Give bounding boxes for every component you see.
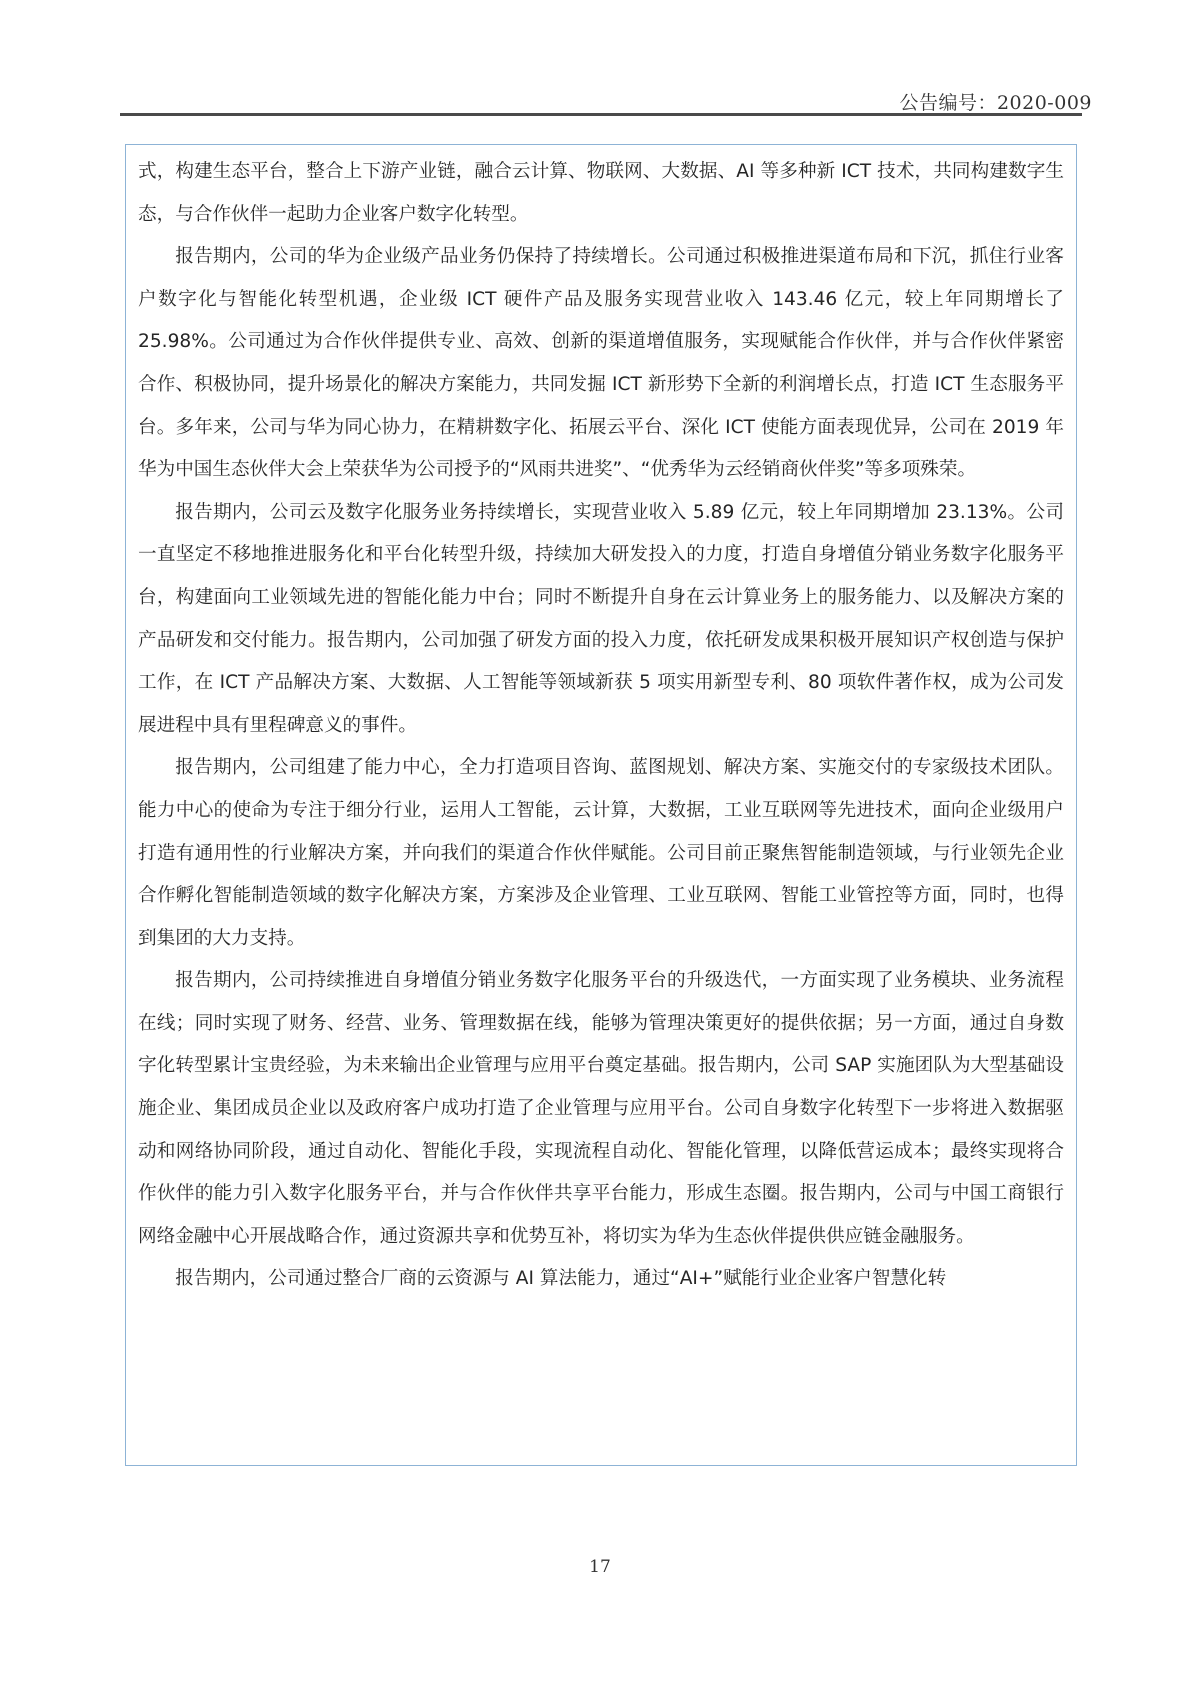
- page-number: 17: [0, 1557, 1200, 1577]
- paragraph-platform-upgrade: 报告期内，公司持续推进自身增值分销业务数字化服务平台的升级迭代，一方面实现了业务…: [138, 960, 1064, 1258]
- announcement-number: 公告编号：2020-009: [899, 88, 1092, 115]
- paragraph-capability-center: 报告期内，公司组建了能力中心，全力打造项目咨询、蓝图规划、解决方案、实施交付的专…: [138, 747, 1064, 960]
- paragraph-continuation: 式，构建生态平台，整合上下游产业链，融合云计算、物联网、大数据、AI 等多种新 …: [138, 151, 1064, 236]
- paragraph-ai-plus: 报告期内，公司通过整合厂商的云资源与 AI 算法能力，通过“AI+”赋能行业企业…: [138, 1258, 1064, 1301]
- paragraph-huawei-enterprise: 报告期内，公司的华为企业级产品业务仍保持了持续增长。公司通过积极推进渠道布局和下…: [138, 236, 1064, 492]
- header-divider: [120, 113, 1082, 116]
- content-box: 式，构建生态平台，整合上下游产业链，融合云计算、物联网、大数据、AI 等多种新 …: [125, 144, 1077, 1466]
- paragraph-cloud-digital: 报告期内，公司云及数字化服务业务持续增长，实现营业收入 5.89 亿元，较上年同…: [138, 492, 1064, 748]
